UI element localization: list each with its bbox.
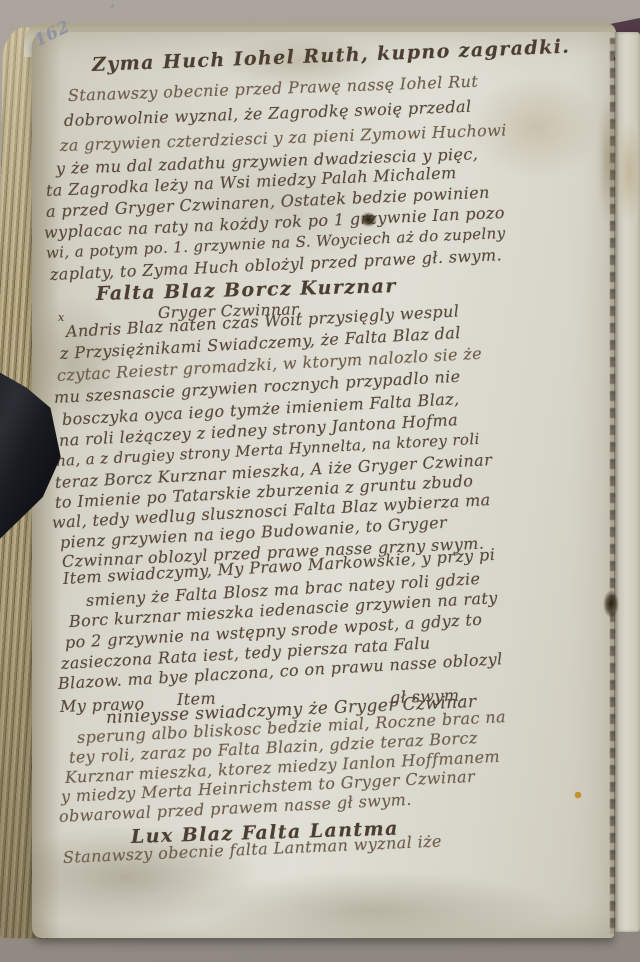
handwriting-layer: 162 ʼ x Zyma Huch Iohel Ruth, kupno zagr… (0, 0, 640, 962)
pencil-tick-mark: ʼ (110, 4, 115, 19)
ink-blot (360, 212, 377, 227)
entry1-heading: Zyma Huch Iohel Ruth, kupno zagradki. (92, 37, 571, 76)
entry2-heading: Falta Blaz Borcz Kurznar (96, 276, 397, 305)
manuscript-photo: 162 ʼ x Zyma Huch Iohel Ruth, kupno zagr… (0, 0, 640, 962)
margin-mark: x (58, 312, 65, 324)
folio-number-pencil: 162 (32, 18, 73, 51)
